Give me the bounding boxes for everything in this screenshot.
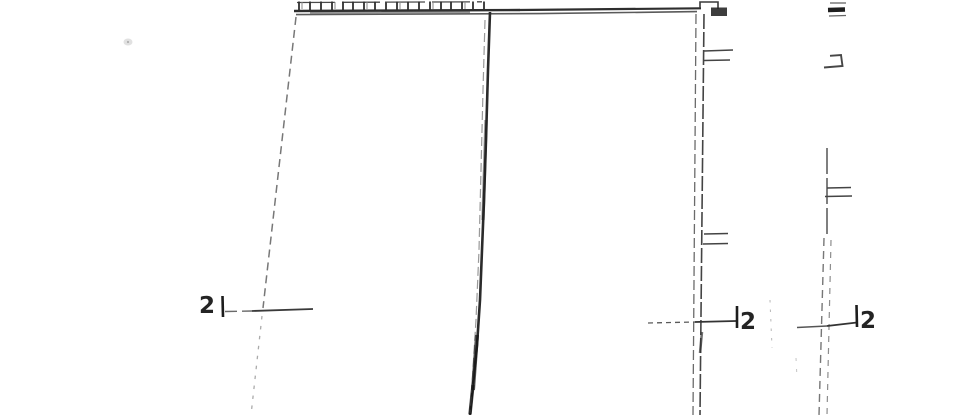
bracket-icon [824,55,843,68]
hatch-top-line [297,2,482,3]
parcel-label-left: 2 [199,293,313,319]
far-right-boundary-ticks [825,188,852,197]
boundary-tick [704,60,730,61]
smudge-dot [127,41,129,43]
right-boundary-ticks-lower [703,234,728,245]
cadastral-plan-drawing: 2 2 2 [0,0,960,415]
triple-bar-icon [828,3,846,16]
right-boundary-ticks-upper [704,50,733,61]
band-upper-line-b [520,8,701,10]
boundary-tick [825,196,852,197]
label-leader-right-a [648,322,695,323]
band-smear [310,12,470,13]
central-parcel-boundary [470,12,490,415]
right-boundary-line-a [693,14,696,415]
label-leader-far-right-a [797,326,827,328]
band-lower-line-a [296,14,540,15]
parcel-label-far-right: 2 [797,305,876,334]
left-boundary-lower [251,316,262,415]
right-parcel-boundary [693,14,733,415]
faint-mark-artifact [796,358,797,378]
label-leader-far-right-b [827,323,857,327]
far-right-parcel-boundary [819,148,852,415]
faint-dash-artifact [770,300,772,348]
far-right-boundary-dash-b [827,240,831,415]
left-boundary-upper [263,17,296,308]
right-boundary-line-b [700,14,704,415]
central-line-main [470,12,490,415]
parcel-number-left: 2 [199,293,215,319]
margin-symbols [824,3,846,68]
label-leader-left-b [252,309,313,311]
left-parcel-boundary [251,17,296,415]
boundary-tick [704,234,728,235]
boundary-tick [703,244,728,245]
boundary-tick [704,50,733,51]
boundary-tick [827,188,851,189]
label-bar-left [223,296,224,317]
band-end-mark [711,8,727,17]
central-line-overlay-low [473,335,477,390]
central-line-overlay-bottom [470,385,473,414]
band-lower-line-b [540,12,697,14]
parcel-number-far-right: 2 [860,308,876,334]
railway-hatched-boundary [294,2,727,17]
label-leader-right-b [695,321,736,322]
label-leader-left-a [225,311,252,312]
scanned-plan-page: 2 2 2 [0,0,960,415]
parcel-label-right: 2 [648,306,756,335]
parcel-number-right: 2 [740,309,756,335]
label-bar-far-right [857,305,858,327]
right-boundary-overlay [700,332,702,353]
central-line-overlay-mid [483,120,486,220]
